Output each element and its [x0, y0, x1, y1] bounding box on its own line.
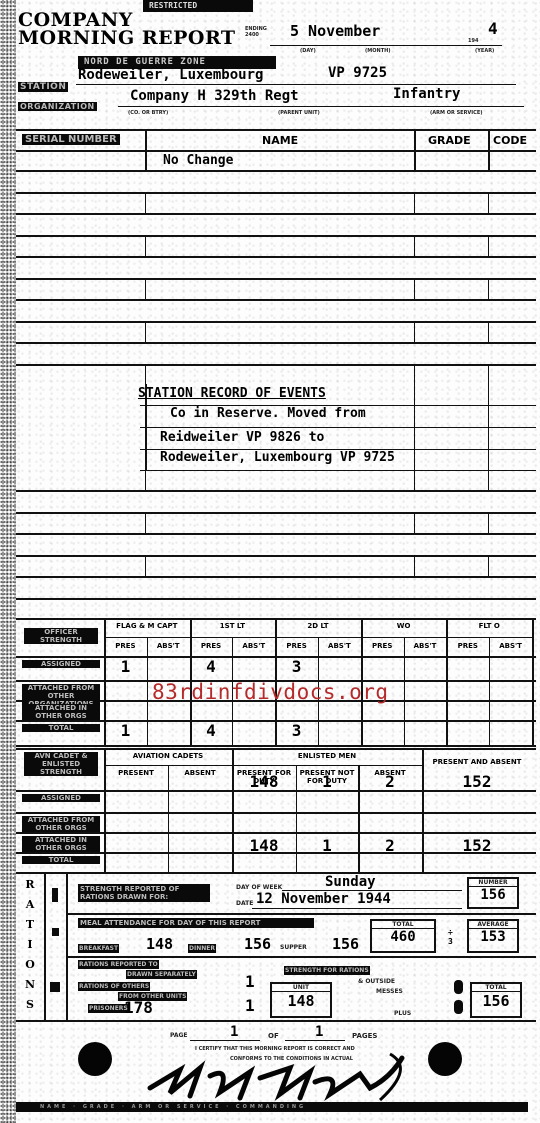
officer-group-header: FLAG & M CAPT: [104, 622, 190, 630]
officer-subcolumn-header: PRES: [275, 642, 318, 650]
ledger-rule: [16, 278, 536, 280]
enlisted-cell: 2: [358, 836, 422, 855]
org-sublabel-company: (CO. OR BTRY): [128, 110, 168, 116]
column-header-grade: GRADE: [428, 134, 471, 147]
equals-sign-mark: [454, 1000, 463, 1014]
column-divider: [488, 235, 489, 256]
station-zone: NORD DE GUERRE ZONE: [84, 57, 206, 67]
supper-value: 156: [332, 935, 359, 953]
ledger-rule: [16, 235, 536, 237]
meal-total-value: 460: [372, 929, 434, 945]
ledger-rule: [16, 512, 536, 514]
prisoners-value: 178: [124, 998, 153, 1017]
enlisted-strength-header: AVN CADET & ENLISTED STRENGTH: [24, 752, 98, 776]
officer-subcolumn-header: PRES: [190, 642, 233, 650]
officer-column-divider: [147, 637, 148, 745]
column-header-code: CODE: [493, 134, 527, 147]
officer-cell: 3: [275, 657, 318, 676]
officer-row-label: TOTAL: [22, 724, 100, 732]
rations-of-others-label: RATIONS OF OTHERS: [78, 982, 150, 991]
officer-column-divider: [532, 618, 534, 745]
rations-drawn-label: STRENGTH REPORTED OF RATIONS DRAWN FOR:: [78, 884, 210, 902]
officer-subcolumn-header: ABS'T: [232, 642, 275, 650]
enlisted-column-divider: [104, 748, 106, 872]
column-divider: [488, 278, 489, 299]
officer-group-header: WO: [361, 622, 447, 630]
meal-total-label: TOTAL: [372, 921, 434, 929]
ledger-rule: [16, 256, 536, 258]
year-prefix: 194: [468, 38, 478, 44]
report-date: 5 November: [290, 22, 380, 40]
day-of-week-value: Sunday: [325, 874, 376, 890]
officer-column-divider: [404, 637, 405, 745]
rations-side-letter: S: [22, 998, 38, 1011]
page-value: 1: [230, 1024, 238, 1040]
column-divider: [145, 278, 146, 299]
meal-total-box: TOTAL 460: [370, 919, 436, 953]
ration-total-box: TOTAL 156: [470, 982, 522, 1018]
personnel-row-name: No Change: [163, 153, 233, 168]
row-marker-c: [52, 928, 59, 936]
officer-subcolumn-header: ABS'T: [318, 642, 361, 650]
enlisted-column-header: ABSENT: [170, 769, 230, 777]
officer-subcolumn-header: ABS'T: [489, 642, 532, 650]
enlisted-column-header: PRESENT AND ABSENT: [424, 758, 530, 766]
plus-sign-mark: [454, 980, 463, 994]
enlisted-cell: 148: [232, 772, 296, 791]
events-rule: [140, 427, 536, 428]
date-sublabel-month: (MONTH): [365, 48, 391, 54]
classification-stamp: RESTRICTED: [143, 0, 253, 12]
events-heading: STATION RECORD OF EVENTS: [138, 386, 326, 401]
enlisted-row-label: ATTACHED FROM OTHER ORGS: [22, 816, 100, 832]
organization-arm: Infantry: [393, 86, 460, 102]
enlisted-row-label: ASSIGNED: [22, 794, 100, 802]
unit-box: UNIT 148: [270, 982, 332, 1018]
enlisted-cell: 1: [296, 836, 358, 855]
officer-subcolumn-header: PRES: [361, 642, 404, 650]
ledger-rule: [16, 192, 536, 194]
officer-group-header: 1ST LT: [190, 622, 276, 630]
average-value: 153: [469, 929, 517, 945]
column-divider: [488, 192, 489, 213]
events-rule: [140, 470, 536, 471]
enlisted-cell: 152: [422, 836, 532, 855]
column-divider: [145, 555, 146, 576]
rations-side-letter: T: [22, 918, 38, 931]
officer-strength-header: OFFICER STRENGTH: [24, 628, 98, 644]
number-value: 156: [469, 887, 517, 903]
officer-cell: 1: [104, 657, 147, 676]
ration-value-1: 1: [245, 972, 255, 991]
number-box: NUMBER 156: [467, 877, 519, 909]
officer-subcolumn-header: PRES: [104, 642, 147, 650]
column-divider: [145, 512, 146, 533]
average-label: AVERAGE: [469, 921, 517, 929]
of-label: OF: [268, 1032, 279, 1040]
form-title-line2: MORNING REPORT: [18, 30, 236, 47]
station-coordinates: VP 9725: [328, 65, 387, 81]
punch-hole-left: [78, 1042, 112, 1076]
organization-label: ORGANIZATION: [18, 102, 97, 111]
column-divider: [414, 129, 416, 171]
station-label: STATION: [18, 82, 68, 92]
page-label: PAGE: [170, 1032, 188, 1039]
enlisted-column-divider: [168, 765, 169, 872]
outside-label: & OUTSIDE: [358, 978, 395, 985]
unit-label: UNIT: [272, 984, 330, 992]
enlisted-cell: 1: [296, 772, 358, 791]
breakfast-label: BREAKFAST: [78, 944, 119, 953]
row-marker-b: [52, 888, 58, 902]
column-divider: [414, 321, 415, 342]
ledger-rule: [16, 576, 536, 578]
org-sublabel-parent: (PARENT UNIT): [278, 110, 320, 116]
column-header-name: NAME: [262, 134, 298, 147]
punch-hole-right: [428, 1042, 462, 1076]
unit-value: 148: [272, 992, 330, 1010]
column-divider: [488, 321, 489, 342]
officer-subcolumn-header: ABS'T: [147, 642, 190, 650]
rations-side-letter: A: [22, 898, 38, 911]
ending-label: ENDING 2400: [245, 26, 273, 38]
column-header-serial: SERIAL NUMBER: [22, 134, 120, 145]
officer-column-divider: [489, 637, 490, 745]
event-line-1: Co in Reserve. Moved from: [170, 406, 366, 421]
ledger-rule: [16, 342, 536, 344]
ledger-rule: [16, 321, 536, 323]
strength-for-rations-label: STRENGTH FOR RATIONS: [284, 966, 370, 975]
event-line-3: Rodeweiler, Luxembourg VP 9725: [160, 450, 395, 465]
messes-label: MESSES: [376, 988, 403, 995]
officer-column-divider: [446, 618, 448, 745]
meal-attendance-label: MEAL ATTENDANCE FOR DAY OF THIS REPORT: [78, 918, 314, 928]
aviation-cadets-header: AVIATION CADETS: [104, 752, 232, 760]
rations-side-letter: I: [22, 938, 38, 951]
watermark: 83rdinfdivdocs.org: [152, 680, 389, 704]
plus-label: PLUS: [394, 1010, 411, 1017]
organization-unit: Company H 329th Regt: [130, 88, 299, 104]
officer-group-header: 2D LT: [275, 622, 361, 630]
officer-group-header: FLT O: [446, 622, 532, 630]
number-label: NUMBER: [469, 879, 517, 887]
column-divider: [414, 555, 415, 576]
column-divider: [145, 129, 147, 171]
officer-row-label: ATTACHED IN OTHER ORGS: [22, 704, 100, 720]
drawn-separately-label: DRAWN SEPARATELY: [126, 970, 197, 979]
column-divider: [488, 512, 489, 533]
year-value: 4: [488, 19, 498, 38]
rations-side-letter: R: [22, 878, 38, 891]
ledger-rule: [16, 170, 536, 172]
divide-by-three: ÷ 3: [448, 928, 460, 946]
org-sublabel-arm: (ARM OR SERVICE): [430, 110, 483, 116]
officer-cell: 1: [104, 721, 147, 740]
enlisted-men-header: ENLISTED MEN: [232, 752, 422, 760]
scan-noise-edge: [0, 0, 16, 1123]
column-divider: [414, 278, 415, 299]
ration-total-label: TOTAL: [472, 984, 520, 992]
station-location: Rodeweiler, Luxembourg: [78, 67, 263, 83]
column-divider: [488, 555, 489, 576]
average-box: AVERAGE 153: [467, 919, 519, 953]
enlisted-cell: 2: [358, 772, 422, 791]
commanding-officer-signature: [140, 1048, 420, 1108]
enlisted-cell: 148: [232, 836, 296, 855]
pages-value: 1: [315, 1024, 323, 1040]
column-divider: [145, 235, 146, 256]
enlisted-column-header: PRESENT: [106, 769, 166, 777]
breakfast-value: 148: [146, 935, 173, 953]
date-sublabel-year: (YEAR): [475, 48, 494, 54]
signature-block-label: NAME · GRADE · ARM OR SERVICE · COMMANDI…: [40, 1104, 306, 1110]
column-divider: [414, 512, 415, 533]
ledger-rule: [16, 533, 536, 535]
day-of-week-label: DAY OF WEEK: [236, 884, 282, 891]
column-divider: [414, 235, 415, 256]
officer-cell: 3: [275, 721, 318, 740]
rations-reported-label: RATIONS REPORTED TO: [78, 960, 159, 969]
rations-side-letter: O: [22, 958, 38, 971]
ledger-rule: [16, 364, 536, 366]
enlisted-cell: 152: [422, 772, 532, 791]
ration-date-value: 12 November 1944: [256, 891, 391, 907]
ledger-rule: [16, 299, 536, 301]
officer-subcolumn-header: PRES: [446, 642, 489, 650]
dinner-label: DINNER: [188, 944, 216, 953]
prisoners-label: PRISONERS: [88, 1004, 129, 1013]
supper-label: SUPPER: [280, 944, 307, 951]
morning-report-page: RESTRICTED COMPANY MORNING REPORT ENDING…: [0, 0, 540, 1123]
ledger-rule: [16, 555, 536, 557]
enlisted-row-label: ATTACHED IN OTHER ORGS: [22, 836, 100, 852]
officer-subcolumn-header: ABS'T: [404, 642, 447, 650]
column-divider: [414, 192, 415, 213]
ledger-rule: [16, 213, 536, 215]
date-sublabel-day: (DAY): [300, 48, 316, 54]
row-marker-a: [50, 982, 60, 992]
column-divider: [145, 321, 146, 342]
officer-cell: 4: [190, 657, 233, 676]
dinner-value: 156: [244, 935, 271, 953]
enlisted-row-label: TOTAL: [22, 856, 100, 864]
ration-value-2: 1: [245, 996, 255, 1015]
column-divider: [145, 192, 146, 213]
event-line-2: Reidweiler VP 9826 to: [160, 430, 324, 445]
officer-cell: 4: [190, 721, 233, 740]
ledger-rule: [16, 598, 536, 600]
ration-total-value: 156: [472, 992, 520, 1010]
ration-date-label: DATE: [236, 900, 253, 907]
rations-side-letter: N: [22, 978, 38, 991]
column-divider: [488, 129, 490, 171]
officer-row-label: ASSIGNED: [22, 660, 100, 668]
pages-label: PAGES: [352, 1032, 377, 1040]
ledger-rule: [16, 490, 536, 492]
